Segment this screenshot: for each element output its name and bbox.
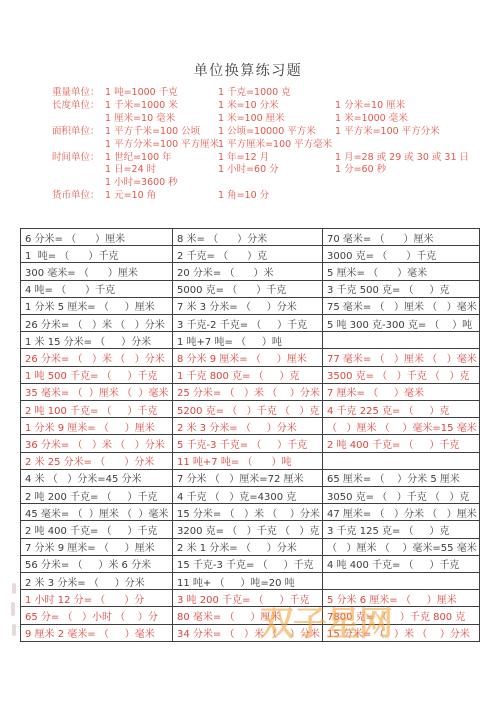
table-cell: 2 吨 200 千克= （ ）千克 (21, 487, 173, 504)
reference-cell: 1 年=12 月 (218, 152, 335, 165)
table-cell: 15 分米= （ ）米 （ ）分米 (323, 624, 480, 641)
table-cell: 26 分米= （ ）米 （ ）分米 (21, 349, 173, 366)
table-cell: 34 分米= （ ）米 （ ）分米 (173, 624, 323, 641)
reference-cell: 1 千克=1000 克 (218, 87, 335, 100)
reference-cell: 面积单位： (52, 126, 105, 139)
table-cell: 8 米= （ ）分米 (173, 229, 323, 246)
table-row: 65 分= （ ）小时 （ ）分80 毫米= （ ）厘米7800 克= （ ）千… (21, 607, 480, 624)
reference-cell (335, 87, 488, 100)
reference-cell: 1 吨=1000 千克 (105, 87, 218, 100)
table-cell: 1 千克 800 克= （ ）克 (173, 366, 323, 383)
table-row: 9 厘米 2 毫米= （ ）毫米34 分米= （ ）米 （ ）分米15 分米= … (21, 624, 480, 641)
table-cell: 2 米 1 分米= （ ）分米 (173, 538, 323, 555)
table-cell: 2 千克= （ ）克 (173, 246, 323, 263)
table-row: 2 吨 100 千克= （ ）千克5200 克= （ ）千克 （ ）克4 千克 … (21, 401, 480, 418)
table-cell: 35 毫米= （ ）厘米 （ ）毫米 (21, 383, 173, 400)
table-cell (323, 573, 480, 590)
table-cell: 7800 克= （ ）千克 800 克 (323, 607, 480, 624)
table-cell: 5 厘米= （ ）毫米 (323, 263, 480, 280)
reference-cell: 1 公顷=10000 平方米 (218, 126, 335, 139)
reference-row: 货币单位：1 元=10 角1 角=10 分 (52, 190, 488, 203)
table-cell: 20 分米= （ ）米 (173, 263, 323, 280)
table-cell: 25 分米= （ ）米 （ ）分米 (173, 383, 323, 400)
reference-cell (335, 190, 488, 203)
reference-cell: 1 平方米=100 平方分米 (335, 126, 488, 139)
table-row: 6 分米= （ ）厘米8 米= （ ）分米70 毫米= （ ）厘米 (21, 229, 480, 246)
table-cell: 4 米 （ ）分米=45 分米 (21, 469, 173, 486)
table-cell: 56 分米= （ ）米 6 分米 (21, 555, 173, 572)
table-cell: 2 米 3 分米= （ ）分米 (173, 418, 323, 435)
table-cell: 1 分米 5 厘米= （ ）厘米 (21, 297, 173, 314)
reference-cell: 货币单位： (52, 190, 105, 203)
table-row: 2 吨 400 千克= （ ）千克3200 克= （ ）千克 （ ）克3 千克 … (21, 521, 480, 538)
table-row: 1 吨= （ ）千克2 千克= （ ）克3000 克= （ ）千克 (21, 246, 480, 263)
table-row: 4 米 （ ）分米=45 分米7 分米 （ ）厘米=72 厘米65 厘米= （ … (21, 469, 480, 486)
table-row: 36 分米= （ ）米 （ ）分米5 千克-3 千克= （ ）千克2 吨 400… (21, 435, 480, 452)
table-cell: 1 分米 9 厘米= （ ）厘米 (21, 418, 173, 435)
reference-row: 1 厘米=10 毫米1 米=100 厘米1 米=1000 毫米 (52, 113, 488, 126)
reference-cell: 1 日=24 时 (105, 164, 218, 177)
table-cell: 7 分米 9 厘米= （ ）厘米 (21, 538, 173, 555)
reference-row: 长度单位：1 千米=1000 米1 米=10 分米1 分米=10 厘米 (52, 100, 488, 113)
table-cell: 15 千克-3 千克= （ ）千克 (173, 555, 323, 572)
reference-cell: 1 千米=1000 米 (105, 100, 218, 113)
table-cell: 77 毫米= （ ）厘米 （ ）毫米 (323, 349, 480, 366)
table-cell: 36 分米= （ ）米 （ ）分米 (21, 435, 173, 452)
reference-cell: 长度单位： (52, 100, 105, 113)
table-cell: 5 分米 6 厘米= （ ）厘米 (323, 590, 480, 607)
reference-cell (218, 177, 335, 190)
reference-cell: 1 世纪=100 年 (105, 152, 218, 165)
exercise-table: 6 分米= （ ）厘米8 米= （ ）分米70 毫米= （ ）厘米1 吨= （ … (20, 228, 480, 642)
table-cell: 4 吨 400 千克= （ ）千克 (323, 555, 480, 572)
reference-cell: 时间单位： (52, 152, 105, 165)
table-cell: （ ）厘米 （ ）毫米=15 毫米 (323, 418, 480, 435)
table-cell (323, 332, 480, 349)
table-row: 300 毫米= （ ）厘米20 分米= （ ）米5 厘米= （ ）毫米 (21, 263, 480, 280)
table-cell: 1 吨+7 吨= （ ）吨 (173, 332, 323, 349)
scan-artifact (12, 624, 16, 636)
table-cell: 47 厘米= （ ）分米 （ ）厘米 (323, 504, 480, 521)
reference-cell: 1 角=10 分 (218, 190, 335, 203)
reference-cell: 1 分=60 秒 (335, 164, 488, 177)
table-row: 7 分米 9 厘米= （ ）厘米2 米 1 分米= （ ）分米（ ）厘米 （ ）… (21, 538, 480, 555)
table-row: 4 吨= （ ）千克5000 克= （ ）千克3 千克 500 克= （ ）克 (21, 280, 480, 297)
reference-row: 1 平方分米=100 平方厘米1 平方厘米=100 平方毫米 (52, 139, 488, 152)
table-cell: 2 米 3 分米= （ ）分米 (21, 573, 173, 590)
table-cell: 11 吨+7 吨= （ ）吨 (173, 452, 323, 469)
table-row: 1 分米 9 厘米= （ ）厘米2 米 3 分米= （ ）分米（ ）厘米 （ ）… (21, 418, 480, 435)
reference-cell (335, 177, 488, 190)
reference-section: 重量单位：1 吨=1000 千克1 千克=1000 克长度单位：1 千米=100… (52, 87, 488, 203)
scan-artifact (11, 602, 15, 616)
table-cell: 80 毫米= （ ）厘米 (173, 607, 323, 624)
table-cell: 3200 克= （ ）千克 （ ）克 (173, 521, 323, 538)
table-cell: 8 分米 9 厘米= （ ）厘米 (173, 349, 323, 366)
reference-row: 1 小时=3600 秒 (52, 177, 488, 190)
reference-cell (52, 113, 105, 126)
table-cell: 3 千克 500 克= （ ）克 (323, 280, 480, 297)
table-row: 45 毫米= （ ）厘米 （ ）毫米15 分米= （ ）米 （ ）分米47 厘米… (21, 504, 480, 521)
table-row: 1 米 15 分米= （ ）分米1 吨+7 吨= （ ）吨 (21, 332, 480, 349)
table-cell: 7 厘米= （ ）毫米 (323, 383, 480, 400)
reference-cell: 1 元=10 角 (105, 190, 218, 203)
reference-cell: 1 厘米=10 毫米 (105, 113, 218, 126)
table-cell: （ ）厘米 （ ）毫米=55 毫米 (323, 538, 480, 555)
table-cell: 15 分米= （ ）米 （ ）分米 (173, 504, 323, 521)
table-row: 1 小时 12 分= （ ）分3 吨 200 千克= （ ）千克5 分米 6 厘… (21, 590, 480, 607)
reference-cell (52, 139, 105, 152)
reference-cell: 1 小时=3600 秒 (105, 177, 218, 190)
table-row: 2 吨 200 千克= （ ）千克4 千克 （ ）克=4300 克3050 克=… (21, 487, 480, 504)
table-cell: 5 千克-3 千克= （ ）千克 (173, 435, 323, 452)
table-cell: 7 分米 （ ）厘米=72 厘米 (173, 469, 323, 486)
reference-cell: 重量单位： (52, 87, 105, 100)
table-cell: 70 毫米= （ ）厘米 (323, 229, 480, 246)
table-cell: 2 吨 400 千克= （ ）千克 (323, 435, 480, 452)
reference-cell: 1 平方千米=100 公顷 (105, 126, 218, 139)
table-cell: 6 分米= （ ）厘米 (21, 229, 173, 246)
reference-cell: 1 小时=60 分 (218, 164, 335, 177)
reference-cell: 1 米=100 厘米 (218, 113, 335, 126)
table-row: 1 吨 500 千克= （ ）千克1 千克 800 克= （ ）克3500 克=… (21, 366, 480, 383)
table-cell: 75 毫米= （ ）厘米 （ ）毫米 (323, 297, 480, 314)
reference-cell (52, 164, 105, 177)
table-row: 26 分米= （ ）米 （ ）分米3 千克-2 千克= （ ）千克5 吨 300… (21, 315, 480, 332)
reference-row: 1 日=24 时1 小时=60 分1 分=60 秒 (52, 164, 488, 177)
table-cell: 5000 克= （ ）千克 (173, 280, 323, 297)
table-cell: 3 千克 125 克= （ ）克 (323, 521, 480, 538)
table-cell: 11 吨+ （ ）吨=20 吨 (173, 573, 323, 590)
table-cell: 300 毫米= （ ）厘米 (21, 263, 173, 280)
table-cell: 1 吨= （ ）千克 (21, 246, 173, 263)
table-cell: 45 毫米= （ ）厘米 （ ）毫米 (21, 504, 173, 521)
table-cell: 26 分米= （ ）米 （ ）分米 (21, 315, 173, 332)
table-row: 1 分米 5 厘米= （ ）厘米7 米 3 分米= （ ）分米75 毫米= （ … (21, 297, 480, 314)
table-cell: 2 米 25 分米= （ ）分米 (21, 452, 173, 469)
table-cell: 1 吨 500 千克= （ ）千克 (21, 366, 173, 383)
table-cell: 9 厘米 2 毫米= （ ）毫米 (21, 624, 173, 641)
table-cell: 4 吨= （ ）千克 (21, 280, 173, 297)
table-cell: 3 吨 200 千克= （ ）千克 (173, 590, 323, 607)
table-row: 2 米 25 分米= （ ）分米11 吨+7 吨= （ ）吨 (21, 452, 480, 469)
table-row: 35 毫米= （ ）厘米 （ ）毫米25 分米= （ ）米 （ ）分米7 厘米=… (21, 383, 480, 400)
table-cell: 2 吨 400 千克= （ ）千克 (21, 521, 173, 538)
page-title: 单位换算练习题 (0, 60, 496, 80)
reference-cell: 1 平方分米=100 平方厘米 (105, 139, 218, 152)
reference-row: 重量单位：1 吨=1000 千克1 千克=1000 克 (52, 87, 488, 100)
table-cell: 4 千克 （ ）克=4300 克 (173, 487, 323, 504)
table-cell: 3000 克= （ ）千克 (323, 246, 480, 263)
reference-row: 面积单位：1 平方千米=100 公顷1 公顷=10000 平方米1 平方米=10… (52, 126, 488, 139)
table-cell: 2 吨 100 千克= （ ）千克 (21, 401, 173, 418)
reference-cell: 1 米=10 分米 (218, 100, 335, 113)
reference-cell: 1 月=28 或 29 或 30 或 31 日 (335, 152, 488, 165)
reference-cell: 1 分米=10 厘米 (335, 100, 488, 113)
table-cell: 1 小时 12 分= （ ）分 (21, 590, 173, 607)
table-cell: 65 分= （ ）小时 （ ）分 (21, 607, 173, 624)
table-cell: 3 千克-2 千克= （ ）千克 (173, 315, 323, 332)
worksheet-page: 单位换算练习题 重量单位：1 吨=1000 千克1 千克=1000 克长度单位：… (0, 0, 496, 702)
table-cell: 3050 克= （ ）千克 （ ）克 (323, 487, 480, 504)
table-cell: 5200 克= （ ）千克 （ ）克 (173, 401, 323, 418)
reference-row: 时间单位：1 世纪=100 年1 年=12 月1 月=28 或 29 或 30 … (52, 152, 488, 165)
table-cell: 1 米 15 分米= （ ）分米 (21, 332, 173, 349)
table-cell: 7 米 3 分米= （ ）分米 (173, 297, 323, 314)
table-cell: 3500 克= （ ）千克 （ ）克 (323, 366, 480, 383)
table-row: 26 分米= （ ）米 （ ）分米8 分米 9 厘米= （ ）厘米77 毫米= … (21, 349, 480, 366)
reference-cell: 1 平方厘米=100 平方毫米 (218, 139, 335, 152)
table-row: 56 分米= （ ）米 6 分米15 千克-3 千克= （ ）千克4 吨 400… (21, 555, 480, 572)
table-cell (323, 452, 480, 469)
table-cell: 4 千克 225 克= （ ）克 (323, 401, 480, 418)
table-cell: 5 吨 300 克-300 克= （ ）吨 (323, 315, 480, 332)
table-cell: 65 厘米= （ ）分米 5 厘米 (323, 469, 480, 486)
reference-cell (52, 177, 105, 190)
scan-artifact (12, 583, 16, 594)
table-row: 2 米 3 分米= （ ）分米11 吨+ （ ）吨=20 吨 (21, 573, 480, 590)
reference-cell (335, 139, 488, 152)
reference-cell: 1 米=1000 毫米 (335, 113, 488, 126)
